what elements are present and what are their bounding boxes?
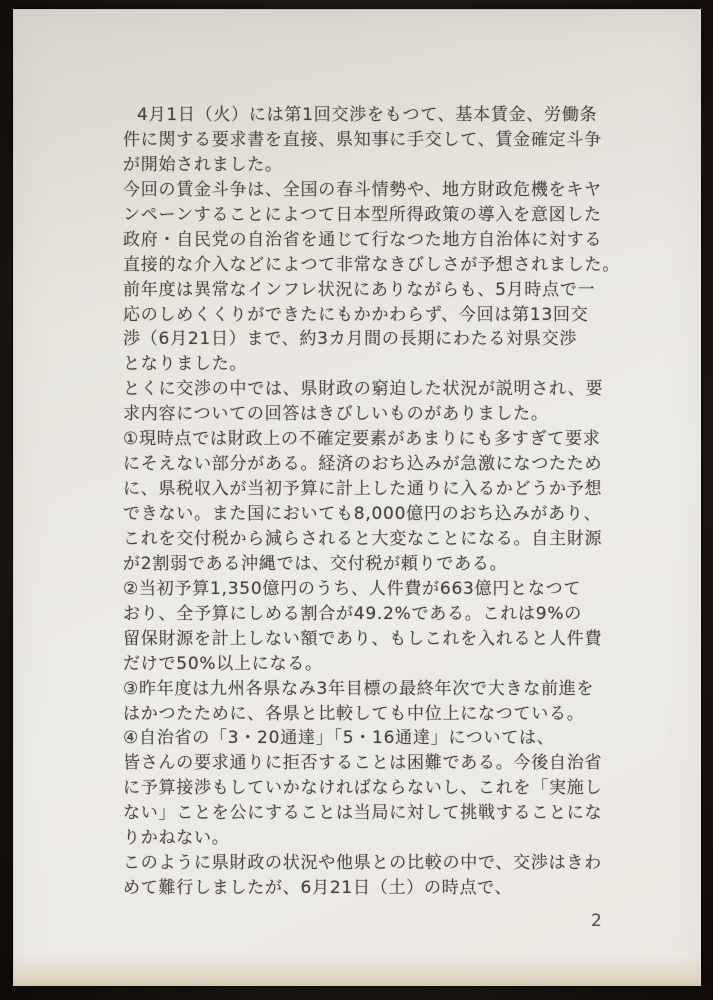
text-line: ③昨年度は九州各県なみ3年目標の最終年次で大きな前進を: [123, 677, 639, 702]
text-line: ④自治省の「3・20通達」「5・16通達」については、: [123, 726, 639, 751]
text-line: ②当初予算1,350億円のうち、人件費が663億円となつて: [123, 577, 639, 602]
text-line: だけで50%以上になる。: [123, 652, 639, 677]
text-line: とくに交渉の中では、県財政の窮迫した状況が説明され、要: [123, 377, 639, 402]
text-line: このように県財政の状況や他県との比較の中で、交渉はきわ: [123, 851, 639, 876]
text-line: が2割弱である沖縄では、交付税が頼りである。: [123, 552, 639, 577]
text-line: これを交付税から減らされると大変なことになる。自主財源: [123, 527, 639, 552]
text-line: に、県税収入が当初予算に計上した通りに入るかどうか予想: [123, 477, 639, 502]
text-line: ①現時点では財政上の不確定要素があまりにも多すぎて要求: [123, 427, 639, 452]
text-line: が開始されました。: [123, 153, 639, 178]
text-line: 求内容についての回答はきびしいものがありました。: [123, 402, 639, 427]
text-line: 前年度は異常なインフレ状況にありながらも、5月時点で一: [123, 278, 639, 303]
text-line: 4月1日（火）には第1回交渉をもつて、基本賃金、労働条: [123, 103, 639, 128]
text-line: 政府・自民党の自治省を通じて行なつた地方自治体に対する: [123, 228, 639, 253]
text-line: 応のしめくくりができたにもかかわらず、今回は第13回交: [123, 303, 639, 328]
document-text: 4月1日（火）には第1回交渉をもつて、基本賃金、労働条件に関する要求書を直接、県…: [123, 103, 639, 901]
text-line: ない」ことを公にすることは当局に対して挑戦することにな: [123, 801, 639, 826]
text-line: 今回の賃金斗争は、全国の春斗情勢や、地方財政危機をキヤ: [123, 178, 639, 203]
text-line: 留保財源を計上しない額であり、もしこれを入れると人件費: [123, 627, 639, 652]
photo-background: { "page": { "number": "2" }, "document":…: [0, 0, 713, 1000]
document-page: 4月1日（火）には第1回交渉をもつて、基本賃金、労働条件に関する要求書を直接、県…: [13, 9, 701, 986]
text-line: できない。また国においても8,000億円のおち込みがあり、: [123, 502, 639, 527]
text-line: はかつたために、各県と比較しても中位上になつている。: [123, 702, 639, 727]
text-line: 皆さんの要求通りに拒否することは困難である。今後自治省: [123, 751, 639, 776]
paper-bottom-edge: [14, 956, 701, 986]
text-line: ンペーンすることによつて日本型所得政策の導入を意図した: [123, 203, 639, 228]
page-number: 2: [591, 911, 602, 931]
text-line: 件に関する要求書を直接、県知事に手交して、賃金確定斗争: [123, 128, 639, 153]
text-line: となりました。: [123, 352, 639, 377]
text-line: にそえない部分がある。経済のおち込みが急激になつたため: [123, 452, 639, 477]
text-line: おり、全予算にしめる割合が49.2%である。これは9%の: [123, 602, 639, 627]
text-line: 直接的な介入などによつて非常なきびしさが予想されました。: [123, 253, 639, 278]
text-line: めて難行しましたが、6月21日（土）の時点で、: [123, 876, 639, 901]
text-line: 渉（6月21日）まで、約3カ月間の長期にわたる対県交渉: [123, 327, 639, 352]
text-line: りかねない。: [123, 826, 639, 851]
text-line: に予算接渉もしていかなければならないし、これを「実施し: [123, 776, 639, 801]
